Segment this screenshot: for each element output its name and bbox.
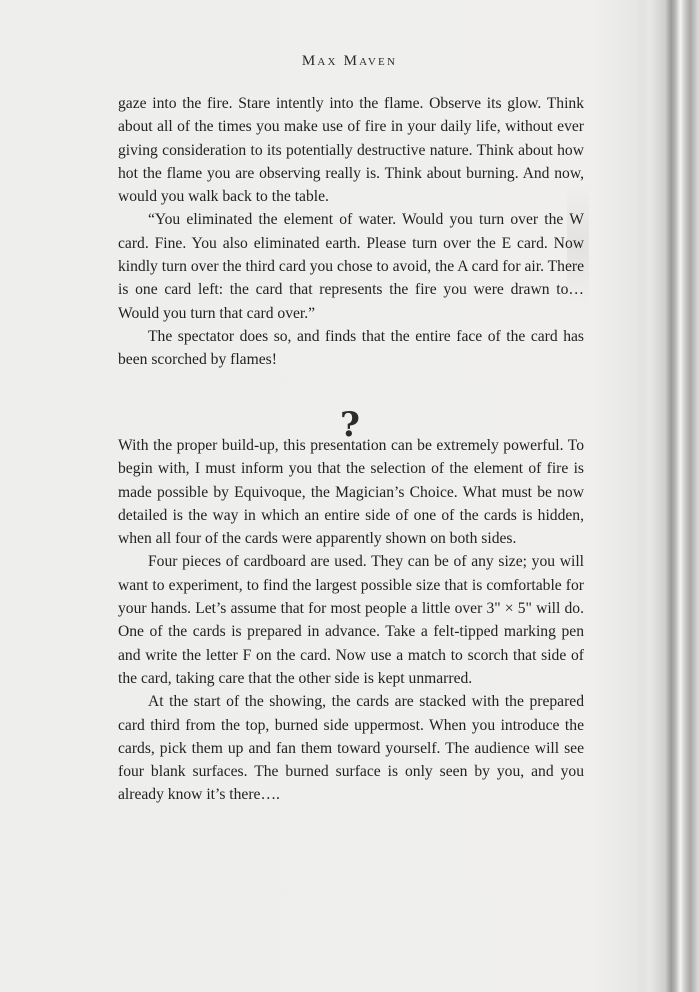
paragraph: With the proper build-up, this presentat…	[118, 434, 584, 550]
running-head: Max Maven	[0, 53, 699, 70]
running-head-text: Max Maven	[302, 53, 397, 69]
paragraph: gaze into the fire. Stare intently into …	[118, 92, 584, 208]
body-text-section-2: With the proper build-up, this presentat…	[118, 434, 584, 807]
paragraph: “You eliminated the element of water. Wo…	[118, 208, 584, 324]
body-text-section-1: gaze into the fire. Stare intently into …	[118, 92, 584, 372]
paragraph: Four pieces of cardboard are used. They …	[118, 550, 584, 690]
page-binding-edge	[637, 0, 699, 992]
paragraph: The spectator does so, and finds that th…	[118, 325, 584, 372]
paragraph: At the start of the showing, the cards a…	[118, 690, 584, 806]
book-page: Max Maven gaze into the fire. Stare inte…	[0, 0, 699, 992]
